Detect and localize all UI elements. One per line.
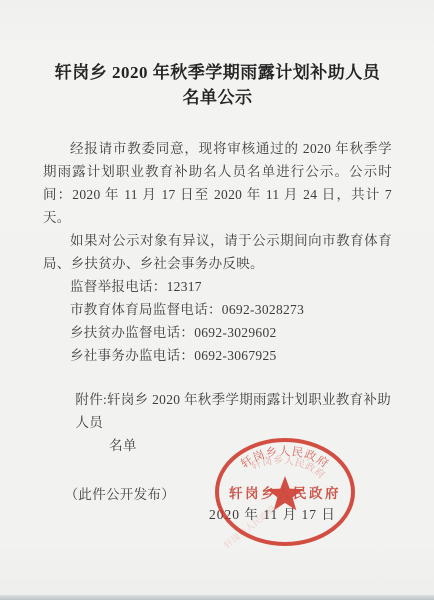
document-title-line2: 名单公示 — [43, 85, 392, 110]
contact-hotline: 监督举报电话：12317 — [43, 275, 392, 298]
paragraph-objection: 如果对公示对象有异议，请于公示期间向市教育体育局、乡扶贫办、乡社会事务办反映。 — [43, 229, 392, 275]
document-title: 轩岗乡 2020 年秋季学期雨露计划补助人员 名单公示 — [43, 60, 392, 110]
contact-social-affairs-office: 乡社事务办监电话：0692-3067925 — [43, 344, 392, 367]
paragraph-announcement: 经报请市教委同意，现将审核通过的 2020 年秋季学期雨露计划职业教育补助名人员… — [43, 137, 392, 229]
scanned-notice-page: 轩岗乡 2020 年秋季学期雨露计划补助人员 名单公示 经报请市教委同意，现将审… — [0, 0, 434, 600]
document-title-line1: 轩岗乡 2020 年秋季学期雨露计划补助人员 — [43, 60, 392, 85]
attachment-line1: 附件:轩岗乡 2020 年秋季学期雨露计划职业教育补助人员 — [43, 388, 392, 434]
page-bottom-edge — [0, 595, 434, 600]
official-seal: 轩岗乡人民政府 轩岗乡人民政府 轩岗乡人民政府 — [212, 436, 358, 548]
contact-education-bureau: 市教育体育局监督电话：0692-3028273 — [43, 298, 392, 321]
contact-poverty-office: 乡扶贫办监督电话：0692-3029602 — [43, 321, 392, 344]
seal-government-name: 轩岗乡人民政府 — [229, 485, 341, 501]
